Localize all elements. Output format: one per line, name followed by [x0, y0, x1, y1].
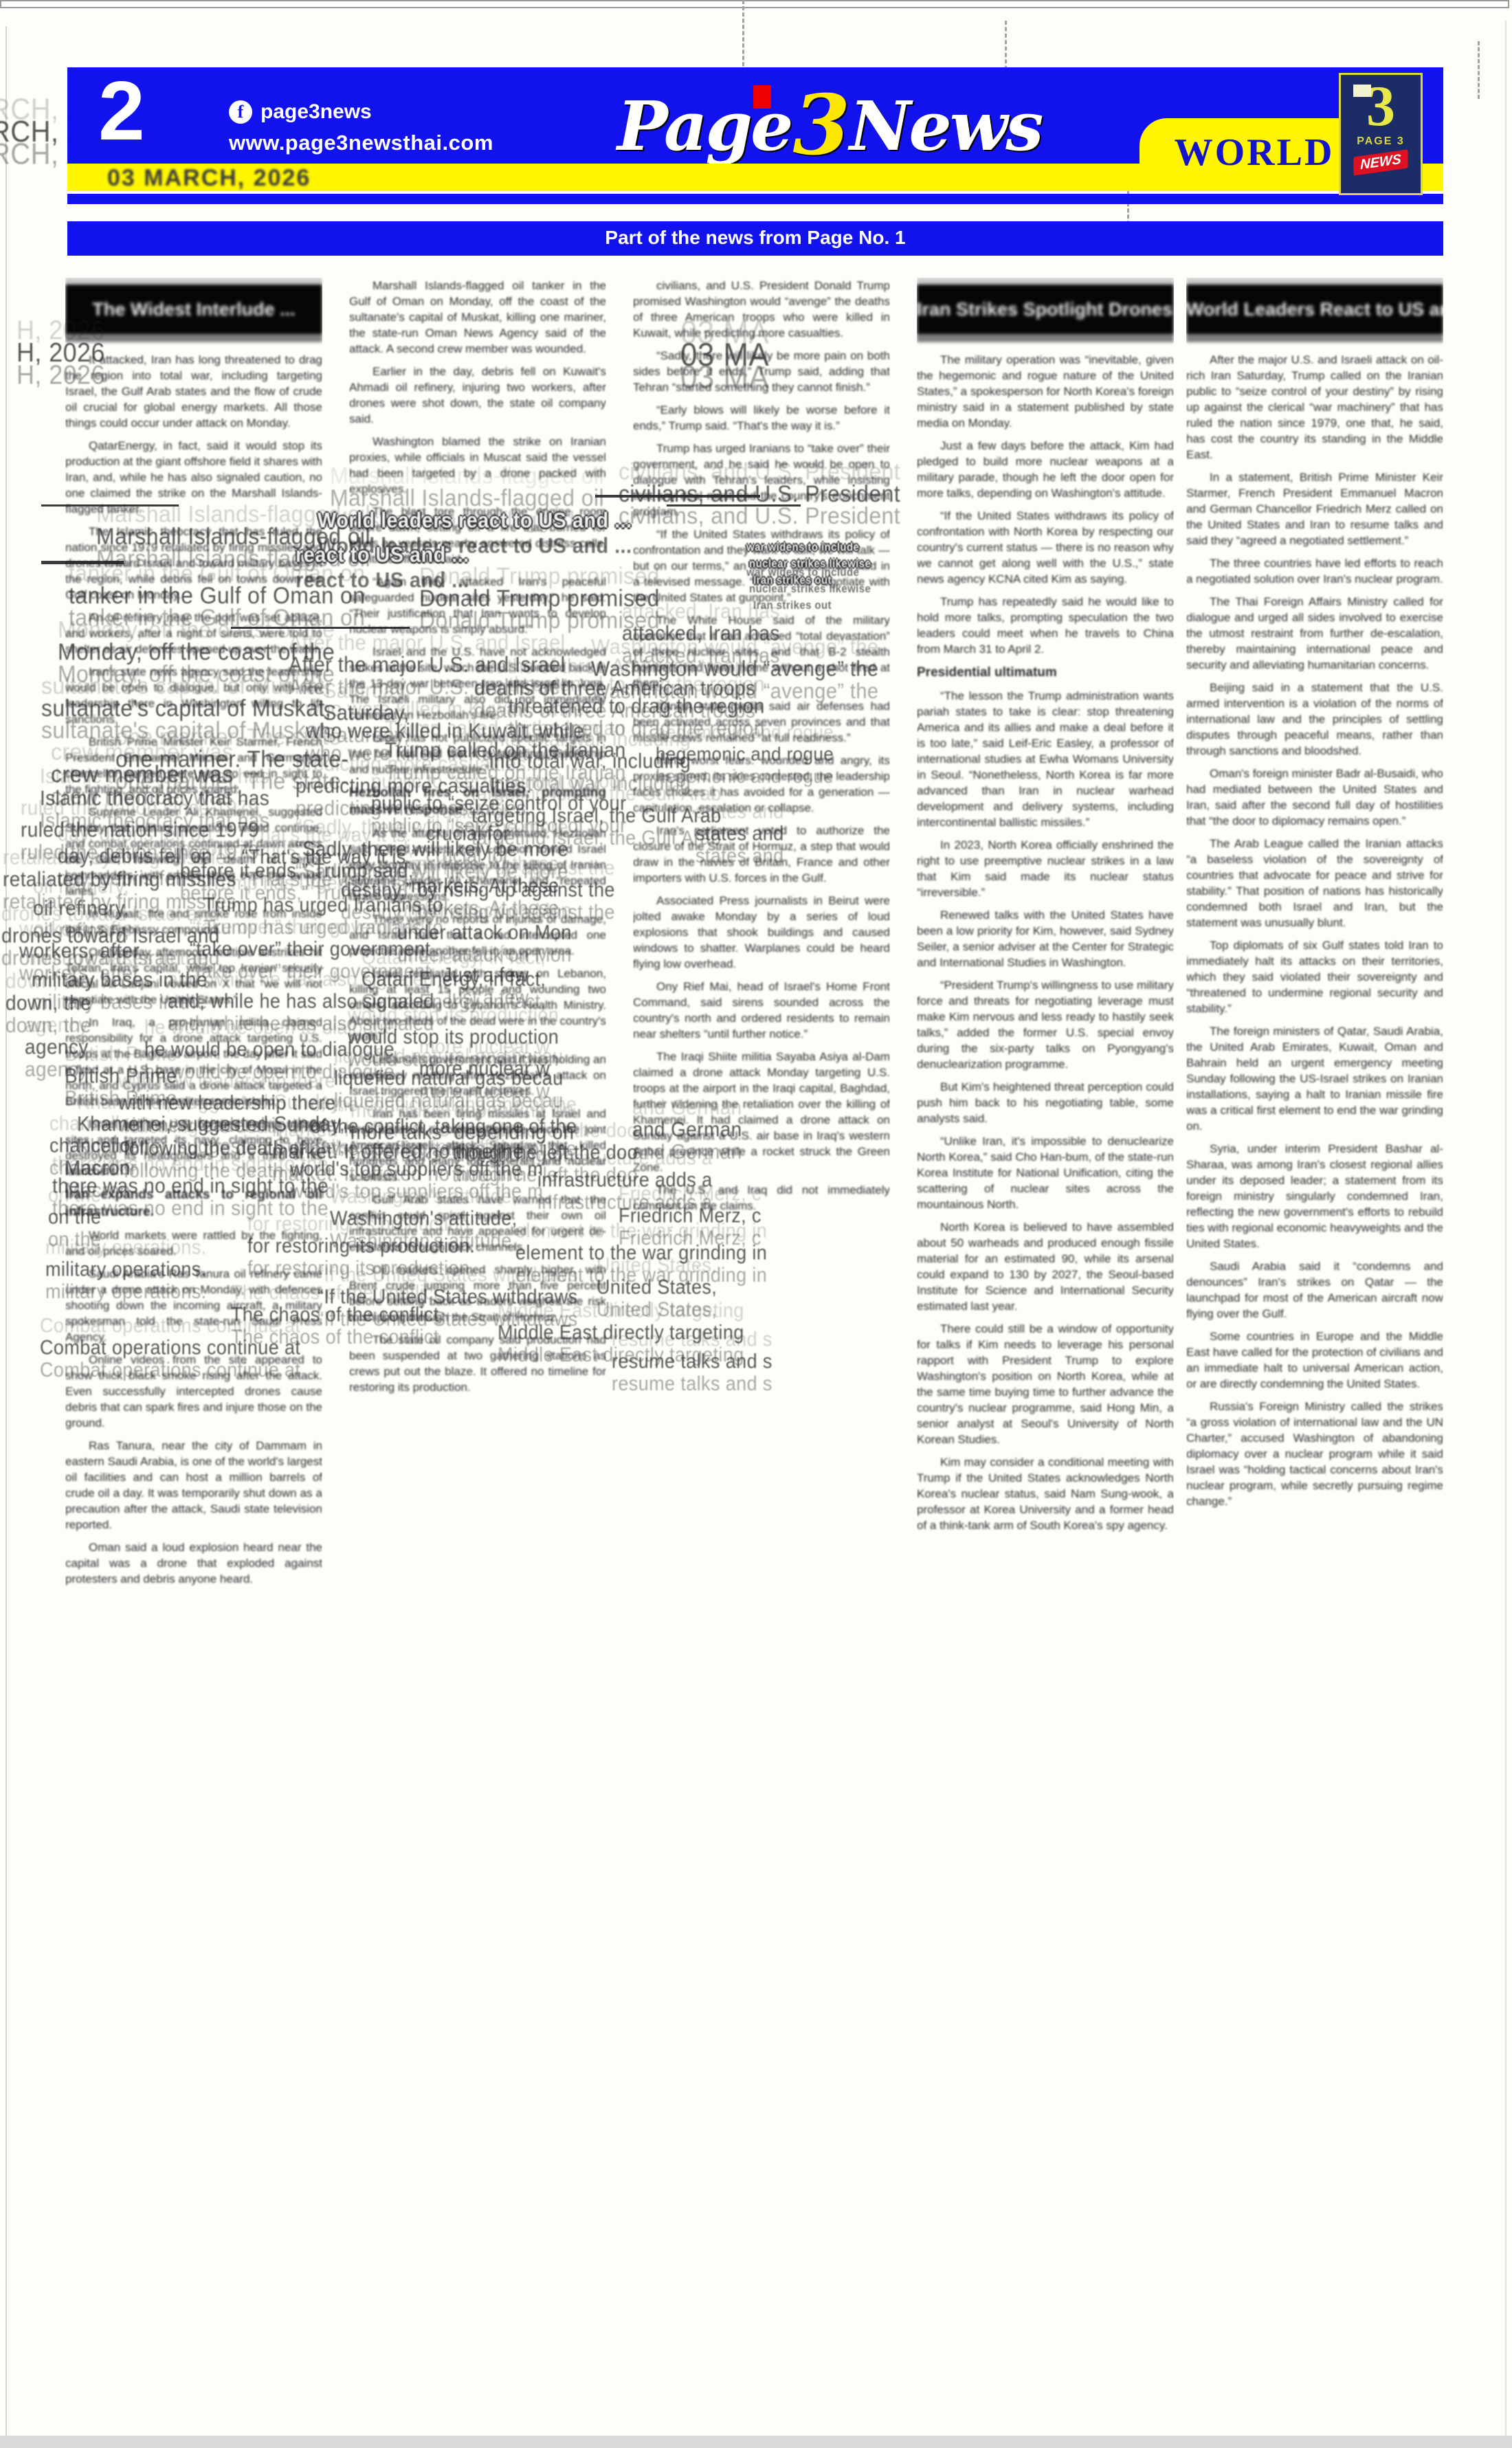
ghost-text-fragment: British Prime [65, 1065, 177, 1089]
ghost-text-fragment: retaliated by firing missiles [3, 868, 236, 892]
ghost-text-fragment: liquefied natural gas becau [334, 1067, 564, 1090]
ghost-text-fragment: Khamenei, suggested Sunday, [77, 1113, 345, 1137]
newspaper-logo: Page3News [617, 73, 1041, 170]
ghost-text-fragment: Friedrich Merz, c [619, 1205, 761, 1227]
section-label: WORLD [1175, 131, 1335, 175]
article-paragraph: The Arab League called the Iranian attac… [1186, 836, 1443, 931]
ghost-text-fragment: Islamic theocracy that has [40, 787, 269, 811]
article-paragraph: Online videos from the site appeared to … [65, 1352, 322, 1431]
article-paragraph: Oman's foreign minister Badr al-Busaidi,… [1186, 766, 1443, 829]
article-paragraph: Syria, under interim President Bashar al… [1186, 1141, 1443, 1251]
ghost-text-fragment: military bases in the [32, 968, 208, 992]
article-paragraph: civilians, and U.S. President Donald Tru… [633, 278, 890, 341]
column-headline: The Widest Interlude ... [65, 278, 322, 342]
page-right-edge [1505, 21, 1507, 2436]
column-headline: Iran Strikes Spotlight Drones ... [917, 278, 1174, 342]
ghost-text-fragment: hegemonic and rogue [656, 743, 834, 766]
ghost-text-fragment: “take over” their government [190, 938, 430, 961]
ghost-text-fragment: Middle East directly targeting [498, 1322, 744, 1344]
ghost-text-fragment: 03 MA [680, 337, 769, 374]
ghost-text-fragment: crew member was [51, 761, 234, 788]
glitch-rule [231, 627, 410, 629]
scan-edge-strip [0, 0, 1509, 8]
news-column: World Leaders React to US and ... After … [1186, 278, 1443, 2370]
page-left-edge [5, 26, 7, 2436]
ghost-text-fragment: down, the [5, 992, 91, 1016]
issue-date: 03 MARCH, 2026 [107, 165, 311, 192]
badge-news-label: NEWS [1353, 149, 1408, 175]
newspaper-page: { "header": { "page_number": "2", "faceb… [0, 0, 1512, 2448]
facebook-icon: f [229, 100, 252, 124]
article-paragraph: In 2023, North Korea officially enshrine… [917, 837, 1174, 900]
column-body: After the major U.S. and Israeli attack … [1186, 352, 1443, 1509]
ghost-text-fragment: for restoring its production. [247, 1235, 475, 1258]
ghost-text-fragment: agency [25, 1036, 89, 1060]
article-paragraph: The military operation was “inevitable, … [917, 352, 1174, 431]
facebook-row[interactable]: f page3news [229, 100, 372, 124]
badge-page3-label: PAGE 3 [1341, 135, 1421, 148]
article-paragraph: Oman said a loud explosion heard near th… [65, 1539, 322, 1587]
column-headline: World Leaders React to US and ... [1186, 278, 1443, 342]
article-paragraph: The Iraqi Shiite militia Sayaba Asiya al… [633, 1049, 890, 1175]
ghost-text-fragment: infrastructure adds a [537, 1169, 713, 1192]
ghost-text-fragment: nuclear strikes likewise [749, 557, 871, 570]
ghost-text-fragment: United States, [597, 1276, 717, 1299]
article-paragraph: North Korea is believed to have assemble… [917, 1219, 1174, 1314]
article-paragraph: “President Trump's willingness to use mi… [917, 977, 1174, 1072]
article-paragraph: The three countries have led efforts to … [1186, 555, 1443, 587]
ghost-text-fragment: Qatari Energy, in fact, [362, 968, 546, 991]
article-paragraph: But Kim's heightened threat perception c… [917, 1079, 1174, 1126]
ghost-text-fragment: workers, after [19, 939, 140, 964]
article-paragraph: The foreign ministers of Qatar, Saudi Ar… [1186, 1023, 1443, 1134]
section-tab-world[interactable]: WORLD [1139, 118, 1369, 191]
article-paragraph: The Thai Foreign Affairs Ministry called… [1186, 594, 1443, 673]
logo-part-news: News [849, 87, 1041, 166]
ghost-text-fragment: H, 2026 [16, 337, 105, 368]
badge-square [1353, 85, 1371, 97]
ghost-text-fragment: attacked, Iran has [622, 622, 780, 646]
article-paragraph: “Unlike Iran, it's impossible to denucle… [917, 1133, 1174, 1212]
article-paragraph: Saudi Arabia said it “condemns and denou… [1186, 1258, 1443, 1322]
ghost-text-fragment: states and [696, 823, 784, 845]
ghost-text-fragment: After the major U.S. and Israel [289, 654, 565, 678]
ghost-text-fragment: war widens to include [746, 541, 859, 553]
article-paragraph: Ras Tanura, near the city of Dammam in e… [65, 1438, 322, 1533]
ghost-text-fragment: and German [632, 1118, 742, 1142]
article-paragraph: Kim may consider a conditional meeting w… [917, 1454, 1174, 1533]
website-link[interactable]: www.page3newsthai.com [229, 131, 493, 155]
glitch-rule [41, 504, 179, 507]
logo-part-3: 3 [792, 77, 848, 174]
article-paragraph: In a statement, British Prime Minister K… [1186, 469, 1443, 548]
ghost-text-fragment: with new leadership there [118, 1092, 335, 1115]
ghost-text-fragment: resume talks and s [612, 1350, 772, 1373]
ghost-text-fragment: Iran strikes out [753, 574, 832, 586]
article-paragraph: Associated Press journalists in Beirut w… [633, 893, 890, 972]
page-bottom-strip [0, 2436, 1512, 2448]
ghost-text-fragment: ruled the nation since 1979 [21, 819, 259, 843]
ghost-text-fragment: oil refinery, [33, 897, 129, 921]
article-paragraph: Russia's Foreign Ministry called the str… [1186, 1399, 1443, 1509]
ghost-text-fragment: Donald Trump promised [419, 585, 660, 612]
ghost-text-fragment: World leaders react to US and ... [318, 509, 632, 534]
ghost-text-fragment: there was no end in sight to the [52, 1175, 329, 1199]
article-paragraph: Beijing said in a statement that the U.S… [1186, 680, 1443, 759]
ghost-text-fragment: Combat operations continue at [40, 1337, 300, 1359]
article-subhead: Presidential ultimatum [917, 664, 1174, 681]
ghost-text-fragment: threatened to drag the region [509, 695, 765, 719]
news-column: Iran Strikes Spotlight Drones ... The mi… [917, 278, 1174, 2352]
article-paragraph: “Early blows will likely be worse before… [633, 402, 890, 434]
ghost-text-fragment: tanker in the Gulf of Oman on [69, 582, 365, 610]
article-paragraph: Trump has repeatedly said he would like … [917, 594, 1174, 657]
ghost-text-fragment: Trump has urged Iranians to [203, 894, 443, 917]
divider-strip [67, 194, 1443, 204]
article-paragraph: “If the United States withdraws its poli… [917, 508, 1174, 587]
page3-news-badge: 3 PAGE 3 NEWS [1339, 73, 1423, 195]
ghost-text-fragment: sultanate's capital of Muskat, [41, 695, 331, 722]
page-number: 2 [98, 59, 145, 162]
column-body: The military operation was “inevitable, … [917, 352, 1174, 1533]
ghost-text-fragment: Marshall Islands-flagged oil [330, 485, 604, 512]
ghost-text-fragment: he would be open to dialogue [144, 1038, 394, 1061]
continuation-bar: Part of the news from Page No. 1 [67, 221, 1443, 256]
article-paragraph: Just a few days before the attack, Kim h… [917, 438, 1174, 501]
facebook-handle: page3news [260, 100, 372, 124]
article-paragraph: Renewed talks with the United States hav… [917, 907, 1174, 970]
article-paragraph: Earlier in the day, debris fell on Kuwai… [349, 364, 606, 427]
fold-mark-line [1478, 41, 1480, 99]
glitch-rule [41, 561, 124, 564]
ghost-text-fragment: civilians, and U.S. President [619, 480, 900, 508]
ghost-text-fragment: Washington's attitude, [330, 1208, 518, 1230]
article-paragraph: “The lesson the Trump administration wan… [917, 688, 1174, 830]
article-paragraph: Ony Rief Mai, head of Israel's Home Fron… [633, 979, 890, 1042]
article-paragraph: Marshall Islands-flagged oil tanker in t… [349, 278, 606, 357]
logo-red-notch [753, 85, 771, 109]
ghost-text-fragment: on the [48, 1206, 101, 1229]
ghost-text-fragment: element to the war grinding in [515, 1242, 767, 1265]
article-paragraph: Some countries in Europe and the Middle … [1186, 1328, 1443, 1392]
ghost-text-fragment: The chaos of the conflict [231, 1304, 439, 1326]
ghost-text-fragment: react to US and ... [296, 544, 469, 568]
article-paragraph: There could still be a window of opportu… [917, 1321, 1174, 1447]
article-paragraph: After the major U.S. and Israeli attack … [1186, 352, 1443, 463]
article-paragraph: Top diplomats of six Gulf states told Ir… [1186, 937, 1443, 1016]
ghost-text-fragment: and, while he has also signaled [168, 990, 434, 1013]
ghost-text-fragment: military operations. [45, 1258, 207, 1281]
